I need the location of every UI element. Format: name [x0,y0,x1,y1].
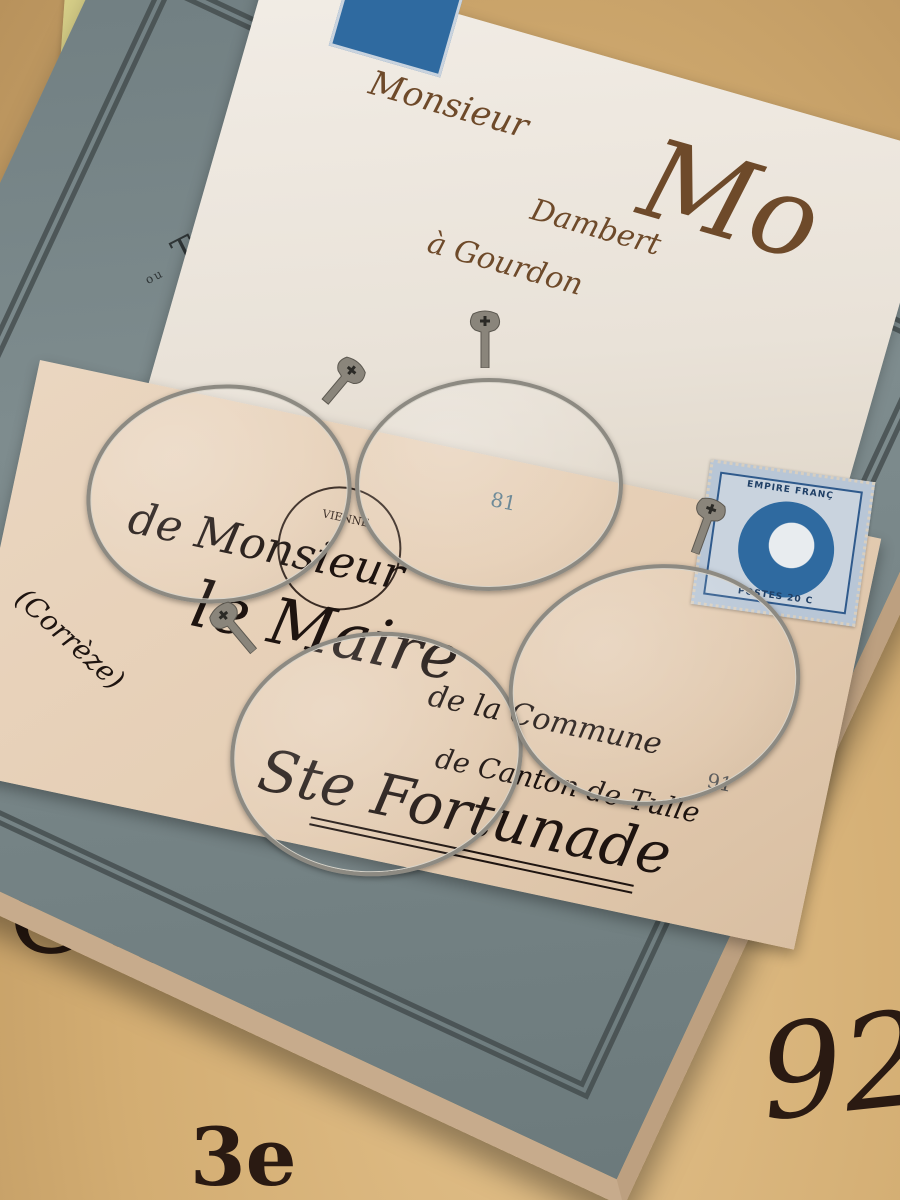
white-envelope-initial: Mo [627,114,834,286]
background-text-92: 92 [753,982,900,1150]
background-text-3e: 3e [190,1110,297,1200]
envelope-line6: (Corrèze) [9,581,131,696]
photo-scene: Cxa 3e 92 Monsieur ou à Sou TIANISME ou … [0,0,900,1200]
white-envelope-line1: Monsieur [365,63,533,147]
white-envelope-line3: à Gourdon [424,225,587,303]
monocle-handle-icon [465,310,505,368]
lens [355,378,623,591]
white-envelope-stamp [329,0,464,77]
